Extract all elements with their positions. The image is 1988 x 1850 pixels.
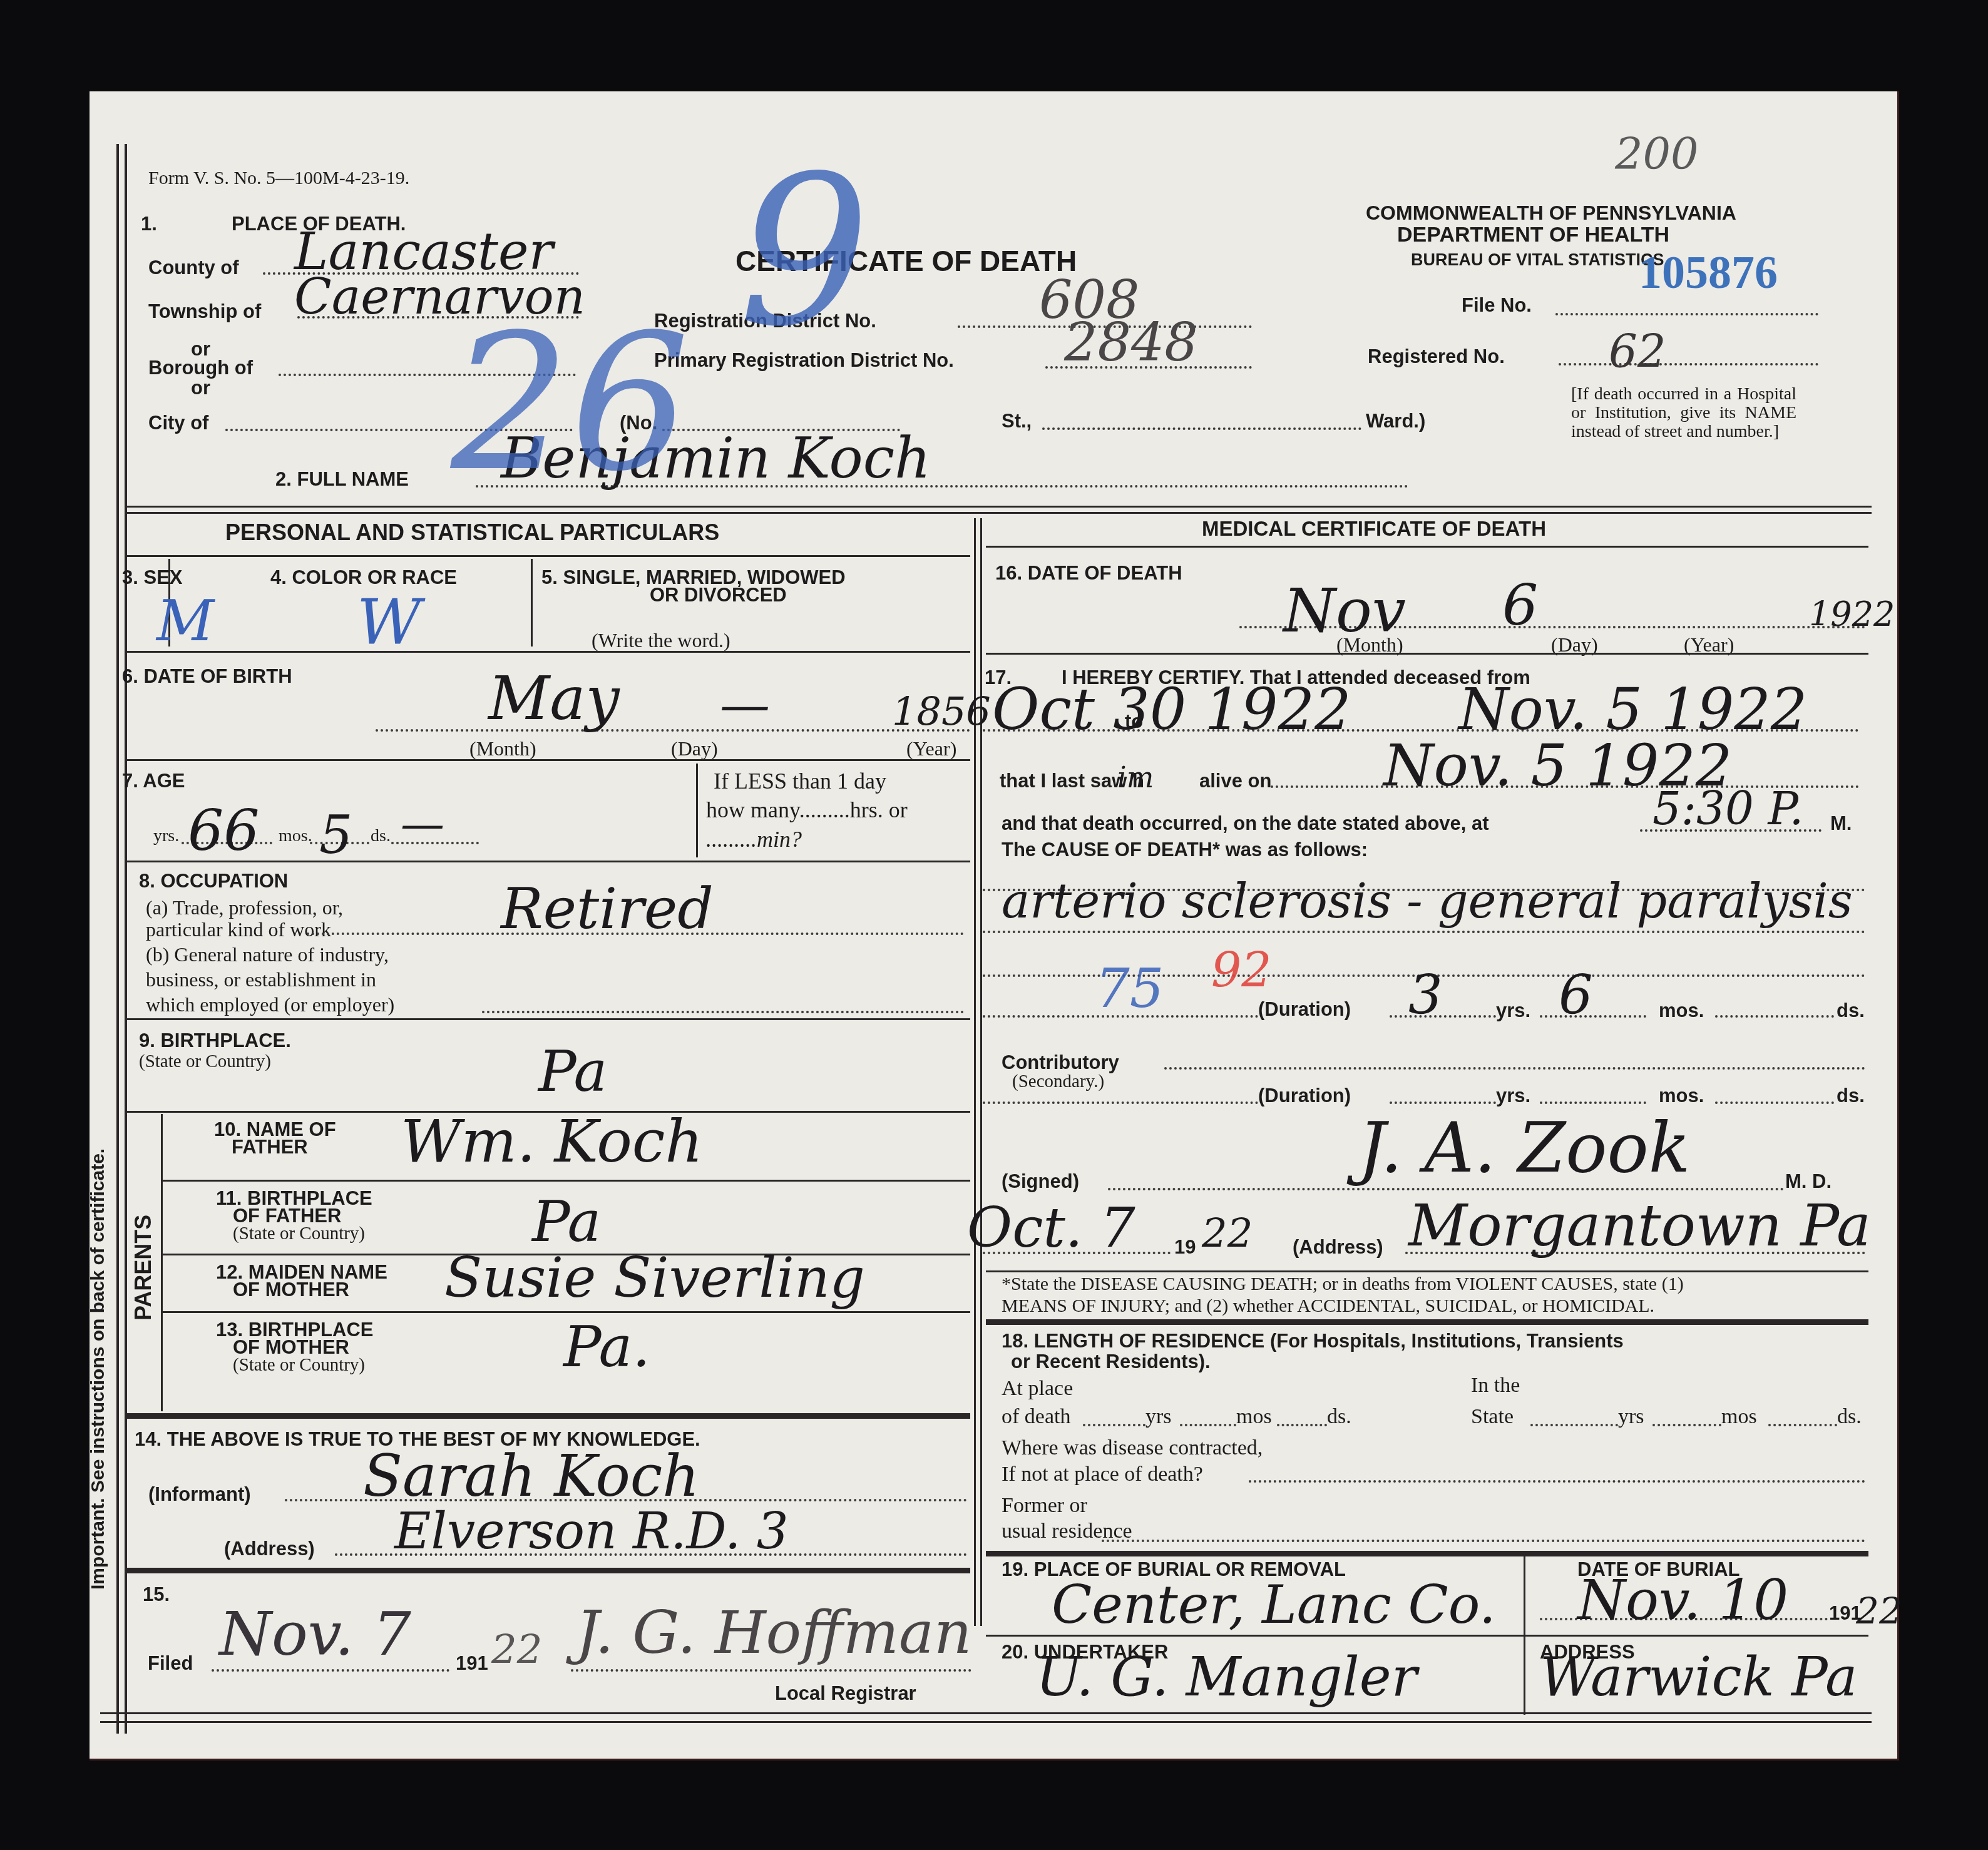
county-label: County of xyxy=(148,257,239,279)
burial-place-value: Center, Lanc Co. xyxy=(1052,1574,1496,1635)
filing-number: 15. xyxy=(143,1583,170,1606)
row-rule-father-birthplace xyxy=(163,1180,970,1182)
in-state-label-1: In the xyxy=(1471,1374,1520,1398)
duration2-yrs-label: yrs. xyxy=(1496,1085,1530,1107)
agency-line-1: COMMONWEALTH OF PENNSYLVANIA xyxy=(1366,202,1736,225)
in-state-yrs-label: yrs xyxy=(1618,1405,1644,1429)
dob-year: 1856 xyxy=(892,688,991,734)
mother-birthplace-hint: (State or Country) xyxy=(233,1355,365,1376)
at-place-yrs-label: yrs xyxy=(1145,1405,1172,1429)
informant-label: (Informant) xyxy=(148,1483,251,1506)
attended-to-label: to xyxy=(1125,710,1143,733)
in-state-yrs-line xyxy=(1530,1424,1618,1426)
less-than-day-1: If LESS than 1 day xyxy=(714,768,886,794)
in-state-label-2: State xyxy=(1471,1405,1514,1429)
less-than-day-2: how many.........hrs. or xyxy=(706,797,908,823)
blue-pencil-number-left: 26 xyxy=(451,294,690,513)
occupation-value: Retired xyxy=(501,876,714,942)
burial-year-value: 22 xyxy=(1856,1590,1902,1632)
age-yrs-value: 66 xyxy=(188,798,260,864)
occupation-b2: business, or establishment in xyxy=(146,968,376,991)
at-place-label-1: At place xyxy=(1002,1377,1073,1401)
or-label-2: or xyxy=(191,377,210,399)
file-stamp-number: 105876 xyxy=(1639,247,1778,300)
age-mos-value: 5 xyxy=(319,804,352,866)
occupation-a2: particular kind of work xyxy=(146,918,331,941)
contributory-label: Contributory xyxy=(1002,1051,1119,1074)
sex-label: 3. SEX xyxy=(122,566,183,589)
dob-year-hint: (Year) xyxy=(906,737,956,760)
medical-heading-rule xyxy=(986,546,1868,548)
former-residence-label-1: Former or xyxy=(1002,1494,1087,1518)
duration2-mos-line xyxy=(1540,1101,1646,1104)
agency-line-3: BUREAU OF VITAL STATISTICS xyxy=(1411,250,1664,270)
bottom-rule-a xyxy=(100,1712,1872,1714)
occupation-b1: (b) General nature of industry, xyxy=(146,943,389,966)
filed-value: Nov. 7 xyxy=(219,1599,411,1669)
birthplace-value: Pa xyxy=(538,1039,607,1105)
row-rule-occupation xyxy=(125,861,970,862)
center-divider-a xyxy=(974,518,976,1626)
dod-label: 16. DATE OF DEATH xyxy=(995,562,1182,585)
occupation-b-line xyxy=(482,1011,964,1013)
hospital-note: [If death occurred in a Hospital or Inst… xyxy=(1571,385,1796,441)
full-name-label: 2. FULL NAME xyxy=(275,468,409,491)
race-value: W xyxy=(357,585,421,658)
at-place-mos-label: mos xyxy=(1236,1405,1272,1429)
in-state-mos-label: mos xyxy=(1721,1405,1757,1429)
duration-mos-label: mos. xyxy=(1659,999,1704,1022)
primary-registration-district-value: 2848 xyxy=(1064,312,1198,373)
where-contracted-label-2: If not at place of death? xyxy=(1002,1463,1203,1486)
corner-note: 200 xyxy=(1615,128,1699,180)
row-rule-birthplace xyxy=(125,1018,970,1020)
dob-month-hint: (Month) xyxy=(469,737,536,760)
registrar-line xyxy=(571,1669,971,1672)
street-label: St., xyxy=(1002,410,1032,432)
row-rule-age xyxy=(125,759,970,761)
age-yrs-label: yrs. xyxy=(153,826,179,846)
medical-heading: MEDICAL CERTIFICATE OF DEATH xyxy=(1202,517,1546,541)
md-label: M. D. xyxy=(1785,1170,1832,1193)
birthplace-label: 9. BIRTHPLACE. xyxy=(139,1030,291,1052)
birthplace-hint: (State or Country) xyxy=(139,1051,271,1072)
duration2-ds-line xyxy=(1715,1101,1834,1104)
informant-address-value: Elverson R.D. 3 xyxy=(394,1502,789,1560)
death-time-m-label: M. xyxy=(1830,812,1852,835)
ward-line xyxy=(1042,427,1361,430)
residence-heading-1: 18. LENGTH OF RESIDENCE (For Hospitals, … xyxy=(1002,1330,1624,1352)
row-rule-dob xyxy=(125,651,970,653)
marital-hint: (Write the word.) xyxy=(592,629,730,652)
duration-yrs-value: 3 xyxy=(1408,964,1443,1026)
attended-from: Oct 30 1922 xyxy=(992,676,1351,743)
dob-line xyxy=(376,729,970,732)
borough-label: Borough of xyxy=(148,357,253,379)
sex-value: M xyxy=(156,588,214,654)
last-saw-pronoun: im xyxy=(1117,760,1154,794)
sign-date: Oct. 7 xyxy=(967,1195,1135,1260)
file-no-label: File No. xyxy=(1462,294,1532,317)
dod-day: 6 xyxy=(1502,573,1538,638)
center-divider-b xyxy=(980,518,982,1626)
at-place-mos-line xyxy=(1180,1424,1236,1426)
duration2-ds-label: ds. xyxy=(1837,1085,1865,1107)
sign-address-value: Morgantown Pa xyxy=(1408,1192,1871,1259)
duration2-mos-label: mos. xyxy=(1659,1085,1704,1107)
informant-value: Sarah Koch xyxy=(363,1443,700,1510)
section-top-rule-a xyxy=(125,506,1872,508)
father-birthplace-hint: (State or Country) xyxy=(233,1224,365,1244)
footnote-line-1: *State the DISEASE CAUSING DEATH; or in … xyxy=(1002,1274,1684,1295)
duration-label: (Duration) xyxy=(1258,998,1351,1021)
duration-mos-value: 6 xyxy=(1559,964,1593,1026)
duration-mos-line xyxy=(1540,1015,1646,1018)
age-mos-label: mos. xyxy=(279,826,312,846)
dob-day-hint: (Day) xyxy=(671,737,718,760)
filed-year-prefix: 191 xyxy=(456,1652,488,1675)
contributory-line-2 xyxy=(983,1101,1258,1104)
father-name-label-2: FATHER xyxy=(232,1136,308,1158)
race-divider xyxy=(531,559,533,646)
dob-day: — xyxy=(720,676,770,734)
less-than-day-3: .........min? xyxy=(706,826,802,852)
parents-side-label: PARENTS xyxy=(130,1296,156,1321)
undertaker-address-value: Warwick Pa xyxy=(1540,1646,1857,1709)
township-label: Township of xyxy=(148,300,261,323)
informant-address-label: (Address) xyxy=(224,1538,315,1560)
age-ds-value: — xyxy=(401,798,444,849)
age-divider xyxy=(696,764,698,857)
margin-instruction-note: Important. See instructions on back of c… xyxy=(88,1565,113,1590)
parents-divider xyxy=(161,1114,163,1411)
personal-heading: PERSONAL AND STATISTICAL PARTICULARS xyxy=(225,519,719,546)
duration2-yrs-line xyxy=(1390,1101,1496,1104)
agency-line-2: DEPARTMENT OF HEALTH xyxy=(1397,223,1669,247)
registered-no-value: 62 xyxy=(1609,325,1666,378)
section-top-rule-b xyxy=(125,512,1872,514)
at-place-ds-label: ds. xyxy=(1327,1405,1351,1429)
footnote-rule xyxy=(986,1270,1868,1272)
occupation-label: 8. OCCUPATION xyxy=(139,870,288,892)
registered-no-line xyxy=(1559,363,1818,365)
registrar-signature: J. G. Hoffman xyxy=(576,1599,972,1667)
form-number: Form V. S. No. 5—100M-4-23-19. xyxy=(148,168,409,189)
row-rule-certify xyxy=(986,653,1868,655)
row-rule-mother-birthplace xyxy=(163,1311,970,1313)
ward-label: Ward.) xyxy=(1366,410,1425,432)
where-contracted-label-1: Where was disease contracted, xyxy=(1002,1436,1263,1460)
left-double-rule-a xyxy=(116,144,119,1734)
occupation-a1: (a) Trade, profession, or, xyxy=(146,896,343,919)
duration-ds-line xyxy=(1715,1015,1834,1018)
registrar-label: Local Registrar xyxy=(775,1682,916,1705)
cause-line-2 xyxy=(983,931,1865,933)
row-rule-residence xyxy=(986,1319,1868,1325)
mother-birthplace-value: Pa. xyxy=(563,1314,650,1380)
alive-on-label: alive on xyxy=(1199,770,1271,792)
filed-label: Filed xyxy=(148,1652,193,1675)
where-contracted-line xyxy=(1249,1480,1865,1483)
red-duration-note: 92 xyxy=(1211,942,1272,998)
sign-year-prefix: 19 xyxy=(1174,1236,1196,1259)
cause-label: The CAUSE OF DEATH* was as follows: xyxy=(1002,839,1368,861)
dob-month: May xyxy=(488,663,620,733)
in-state-mos-line xyxy=(1652,1424,1721,1426)
row-rule-burial xyxy=(986,1551,1868,1556)
filed-line xyxy=(212,1669,449,1672)
row-rule-informant xyxy=(125,1413,970,1419)
duration-ds-label: ds. xyxy=(1837,999,1865,1022)
registered-no-label: Registered No. xyxy=(1368,345,1505,368)
cause-value: arterio sclerosis - general paralysis xyxy=(1002,873,1853,929)
former-residence-line xyxy=(1102,1540,1865,1542)
age-ds-label: ds. xyxy=(371,826,391,846)
sign-address-label: (Address) xyxy=(1293,1236,1383,1259)
row-rule-undertaker xyxy=(986,1635,1868,1637)
sign-year: 22 xyxy=(1202,1211,1253,1257)
dod-year: 1922 xyxy=(1809,595,1895,634)
bottom-rule-b xyxy=(100,1721,1872,1723)
in-state-ds-label: ds. xyxy=(1837,1405,1862,1429)
dob-label: 6. DATE OF BIRTH xyxy=(122,665,292,688)
city-label: City of xyxy=(148,412,208,434)
duration2-label: (Duration) xyxy=(1258,1085,1351,1107)
father-name-value: Wm. Koch xyxy=(401,1108,703,1176)
residence-heading-2: or Recent Residents). xyxy=(1011,1351,1211,1373)
death-time-label: and that death occurred, on the date sta… xyxy=(1002,812,1489,835)
age-label: 7. AGE xyxy=(122,770,185,792)
signed-line xyxy=(1108,1188,1784,1190)
at-place-label-2: of death xyxy=(1002,1405,1070,1429)
filed-year-value: 22 xyxy=(491,1627,542,1674)
file-no-line xyxy=(1555,313,1818,315)
personal-heading-rule xyxy=(125,555,970,557)
signed-value: J. A. Zook xyxy=(1358,1108,1690,1188)
row-rule-filing xyxy=(125,1568,970,1573)
death-time-value: 5:30 P. xyxy=(1652,782,1803,835)
duration-yrs-line xyxy=(1390,1015,1496,1018)
place-of-death-number: 1. xyxy=(141,213,157,235)
mother-name-value: Susie Siverling xyxy=(444,1245,865,1310)
footnote-line-2: MEANS OF INJURY; and (2) whether ACCIDEN… xyxy=(1002,1296,1654,1317)
duration-yrs-label: yrs. xyxy=(1496,999,1530,1022)
contributory-line xyxy=(1164,1067,1865,1070)
at-place-ds-line xyxy=(1277,1424,1327,1426)
mother-name-label-2: OF MOTHER xyxy=(233,1279,349,1301)
occupation-b3: which employed (or employer) xyxy=(146,993,394,1016)
blue-duration-note: 75 xyxy=(1095,958,1164,1020)
at-place-yrs-line xyxy=(1083,1424,1145,1426)
left-double-rule-b xyxy=(125,144,127,1734)
in-state-ds-line xyxy=(1768,1424,1837,1426)
contributory-hint: (Secondary.) xyxy=(1012,1071,1104,1092)
signed-label: (Signed) xyxy=(1002,1170,1079,1193)
blue-pencil-number-right: 9 xyxy=(739,131,870,372)
marital-label-2: OR DIVORCED xyxy=(650,584,787,606)
undertaker-value: U. G. Mangler xyxy=(1036,1646,1417,1709)
burial-date-value: Nov. 10 xyxy=(1577,1568,1788,1632)
